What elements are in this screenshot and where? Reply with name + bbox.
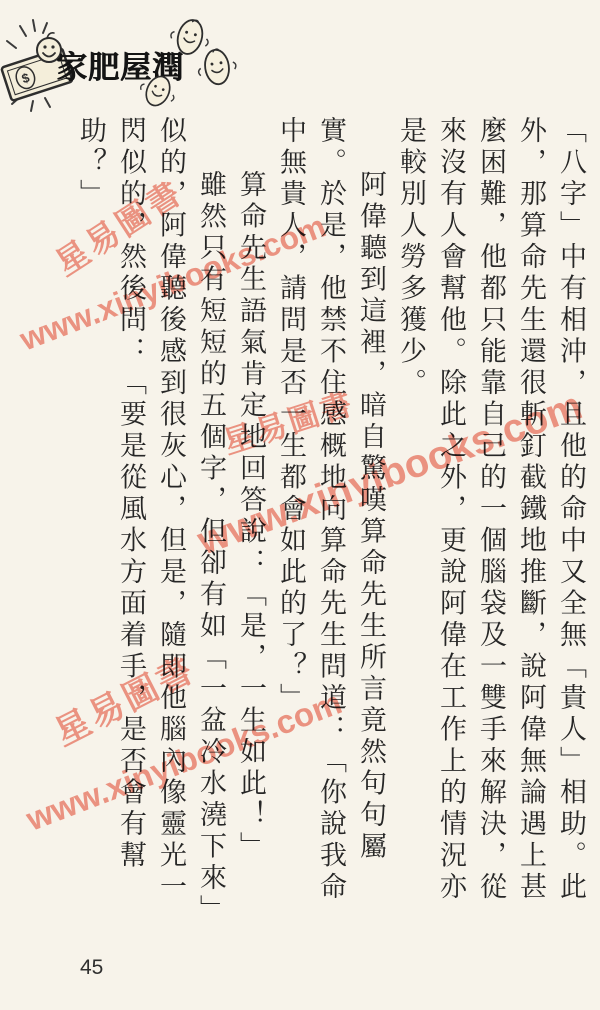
paragraph: 阿偉聽到這裡，暗自驚嘆算命先生所言竟然句句屬實。於是，他禁不住感概地向算命先生問… (270, 116, 390, 916)
book-page-text: 「八字」中有相沖，且他的命中又全無「貴人」相助。此外，那算命先生還很斬釘截鐵地推… (50, 116, 590, 916)
paragraph: 算命先生語氣肯定地回答說：「是，一生如此！」 (230, 116, 270, 916)
page-number: 45 (80, 956, 103, 980)
book-header-logo: $ 家肥屋潤 (0, 0, 260, 120)
paragraph: 「八字」中有相沖，且他的命中又全無「貴人」相助。此外，那算命先生還很斬釘截鐵地推… (390, 116, 590, 916)
paragraph: 雖然只有短短的五個字，但卻有如「一盆冷水澆下來」似的，阿偉聽後感到很灰心，但是，… (70, 116, 230, 916)
coin-face-icon (194, 41, 240, 92)
